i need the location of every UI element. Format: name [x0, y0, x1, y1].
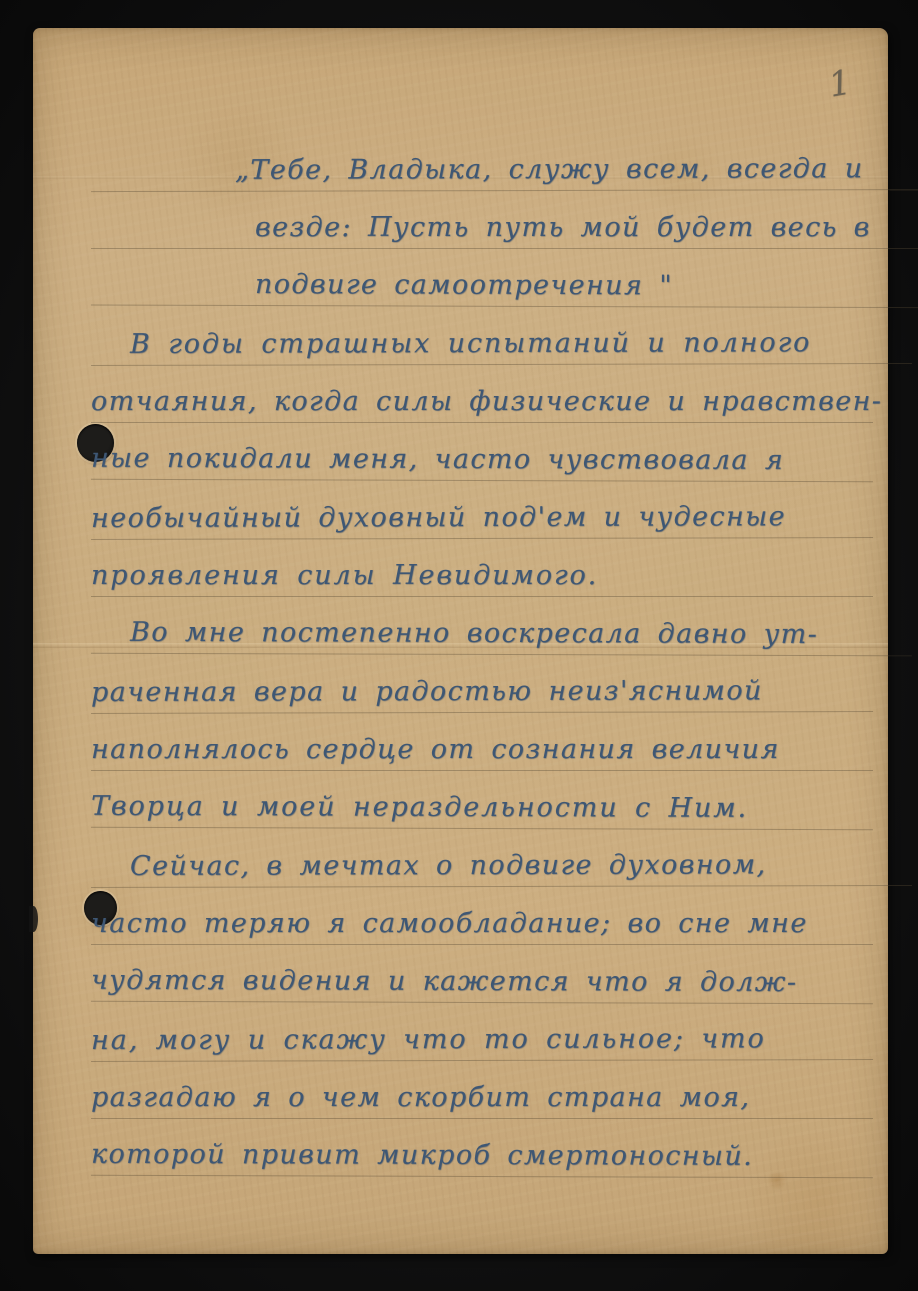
handwritten-line-text: ные покидали меня, часто чувствовала я: [91, 443, 784, 476]
handwritten-line-text: Творца и моей нераздельности с Ним.: [91, 791, 748, 824]
handwritten-line-text: подвиге самоотречения ": [255, 269, 673, 301]
handwritten-line: В годы страшных испытаний и полного: [91, 317, 912, 366]
manuscript-page: 1 „Тебе, Владыка, служу всем, всегда иве…: [33, 28, 888, 1254]
scan-background: 1 „Тебе, Владыка, служу всем, всегда иве…: [0, 0, 918, 1291]
handwritten-line: которой привит микроб смертоносный.: [91, 1129, 873, 1178]
handwritten-text-block: „Тебе, Владыка, служу всем, всегда ивезд…: [91, 28, 873, 1254]
handwritten-line: необычайный духовный под'ем и чудесные: [91, 491, 873, 540]
handwritten-line: наполнялось сердце от сознания величия: [91, 724, 873, 771]
handwritten-line: проявления силы Невидимого.: [91, 550, 873, 597]
handwritten-line: на, могу и скажу что то сильное; что: [91, 1013, 873, 1062]
handwritten-line-text: Сейчас, в мечтах о подвиге духовном,: [130, 849, 767, 882]
handwritten-line-text: разгадаю я о чем скорбит страна моя,: [91, 1082, 750, 1113]
paper-tear: [29, 906, 38, 932]
handwritten-line-text: проявления силы Невидимого.: [91, 560, 598, 591]
handwritten-line: Творца и моей нераздельности с Ним.: [91, 781, 873, 830]
handwritten-line-text: наполнялось сердце от сознания величия: [91, 734, 780, 765]
handwritten-line: чудятся видения и кажется что я долж-: [91, 955, 873, 1004]
handwritten-line-text: раченная вера и радостью неиз'яснимой: [91, 675, 763, 708]
handwritten-line-text: необычайный духовный под'ем и чудесные: [91, 501, 786, 534]
handwritten-line: подвиге самоотречения ": [91, 259, 918, 309]
handwritten-line: Сейчас, в мечтах о подвиге духовном,: [91, 839, 912, 888]
handwritten-line-text: отчаяния, когда силы физические и нравст…: [91, 386, 882, 417]
handwritten-line-text: „Тебе, Владыка, служу всем, всегда и: [235, 153, 864, 186]
handwritten-line: „Тебе, Владыка, служу всем, всегда и: [91, 143, 918, 192]
handwritten-line-text: везде: Пусть путь мой будет весь в: [255, 212, 871, 243]
handwritten-line-text: часто теряю я самообладание; во сне мне: [91, 908, 808, 939]
handwritten-line-text: В годы страшных испытаний и полного: [130, 327, 811, 360]
handwritten-line-text: которой привит микроб смертоносный.: [91, 1139, 753, 1172]
handwritten-line: Во мне постепенно воскресала давно ут-: [91, 607, 912, 657]
handwritten-line-text: на, могу и скажу что то сильное; что: [91, 1023, 766, 1056]
handwritten-line-text: Во мне постепенно воскресала давно ут-: [130, 617, 818, 650]
handwritten-line: отчаяния, когда силы физические и нравст…: [91, 376, 873, 423]
handwritten-line: раченная вера и радостью неиз'яснимой: [91, 665, 873, 714]
handwritten-line: часто теряю я самообладание; во сне мне: [91, 898, 873, 945]
handwritten-line-text: чудятся видения и кажется что я долж-: [91, 965, 797, 998]
handwritten-line: ные покидали меня, часто чувствовала я: [91, 433, 873, 482]
handwritten-line: везде: Пусть путь мой будет весь в: [91, 202, 918, 249]
handwritten-line: разгадаю я о чем скорбит страна моя,: [91, 1072, 873, 1119]
